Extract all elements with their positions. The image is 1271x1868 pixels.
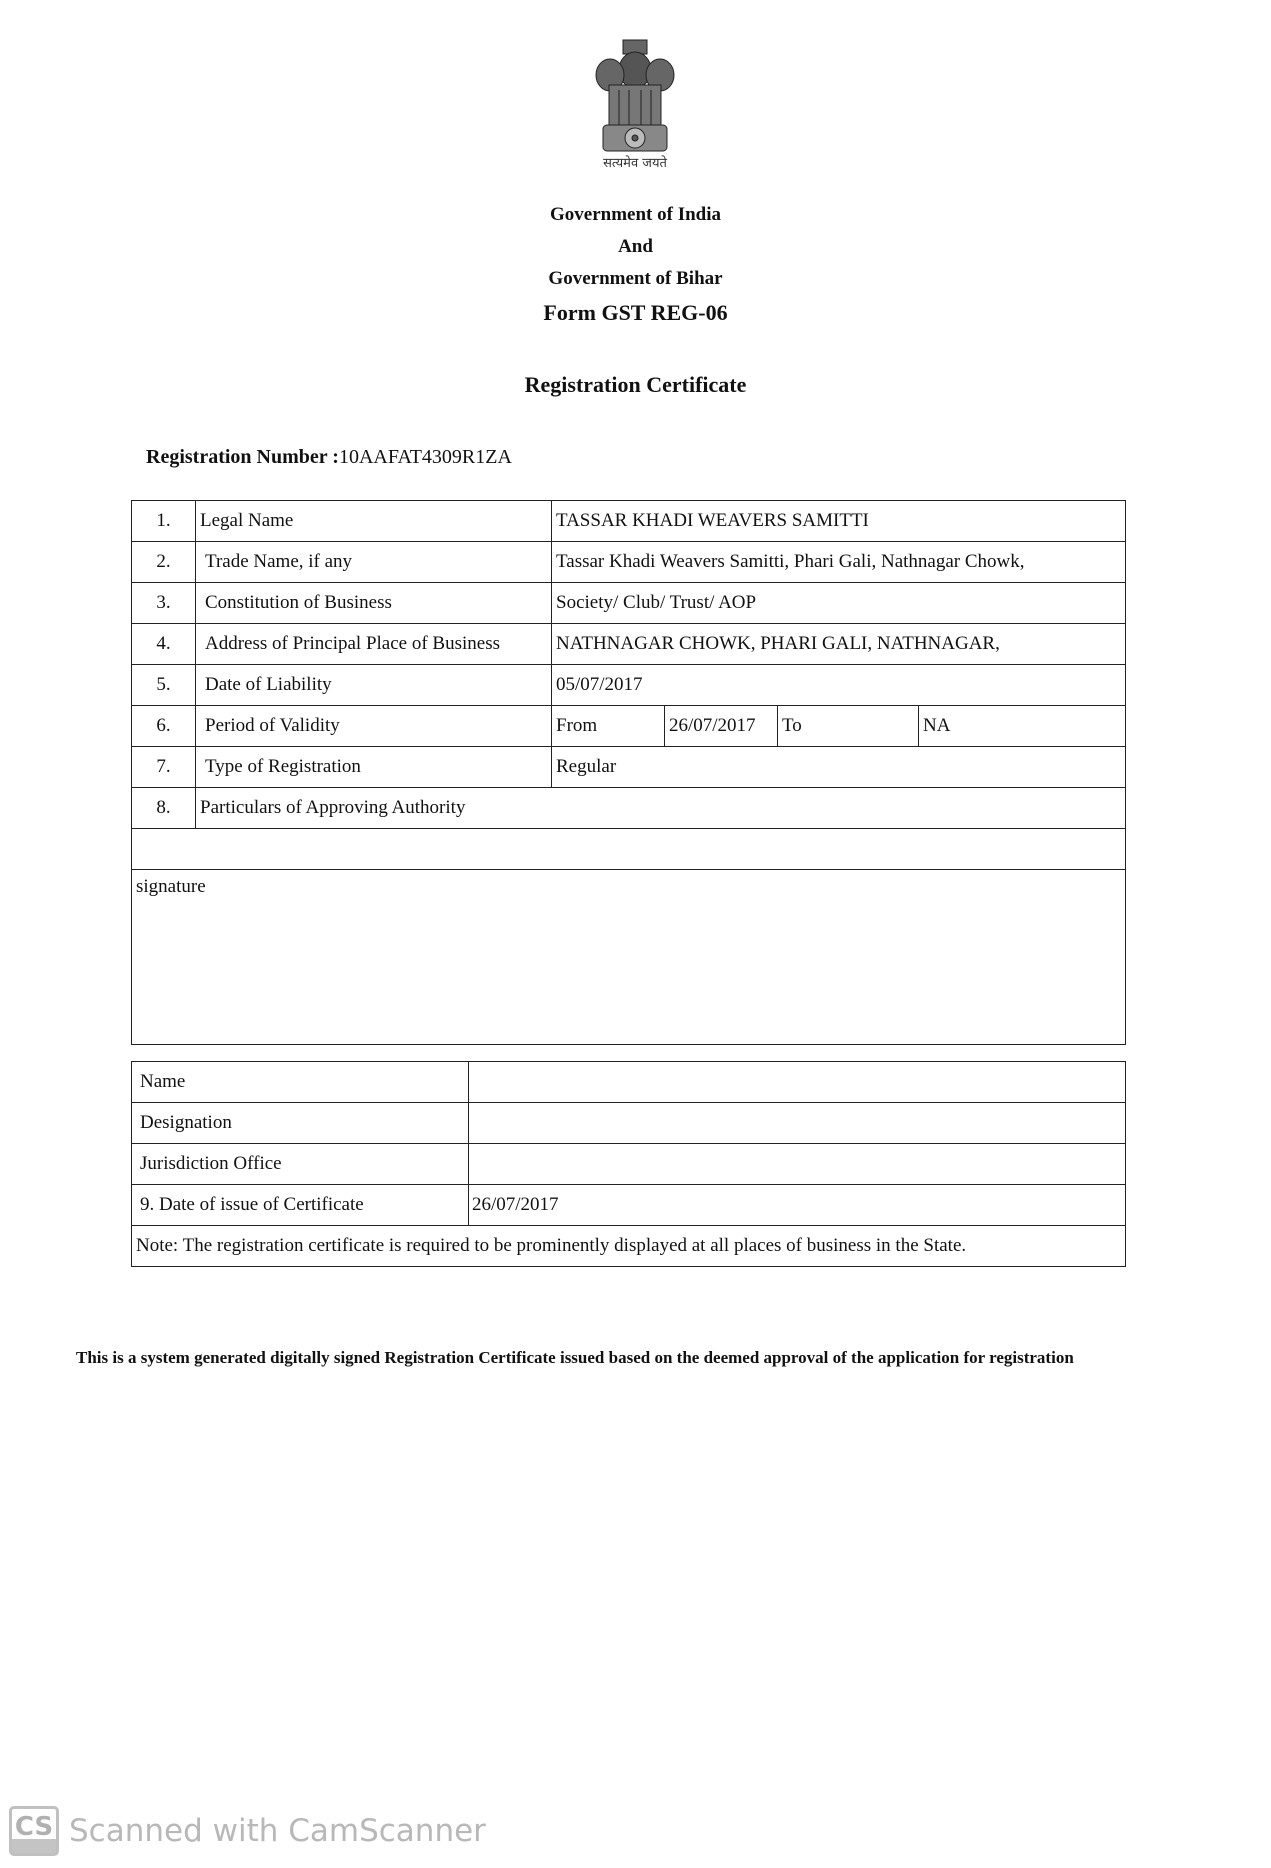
registration-number-label: Registration Number : [146, 446, 339, 468]
trade-name-value: Tassar Khadi Weavers Samitti, Phari Gali… [552, 542, 1126, 583]
emblem-motto: सत्यमेव जयते [560, 153, 710, 171]
name-value [469, 1062, 1126, 1103]
issue-date-value: 26/07/2017 [469, 1185, 1126, 1226]
registration-type-value: Regular [552, 747, 1126, 788]
jurisdiction-label: Jurisdiction Office [132, 1144, 469, 1185]
row-number: 3. [132, 583, 196, 624]
date-of-liability-value: 05/07/2017 [552, 665, 1126, 706]
validity-to-value: NA [919, 706, 1126, 747]
state-emblem-icon [585, 30, 685, 170]
designation-value [469, 1103, 1126, 1144]
camscanner-text: Scanned with CamScanner [69, 1813, 486, 1849]
header-line-and: And [0, 236, 1271, 258]
row-label: Legal Name [196, 501, 552, 542]
header-line-government-of-india: Government of India [0, 204, 1271, 226]
form-title: Form GST REG-06 [0, 300, 1271, 326]
row-label: Date of Liability [196, 665, 552, 706]
registration-number-value: 10AAFAT4309R1ZA [339, 446, 512, 468]
table-row: 2. Trade Name, if any Tassar Khadi Weave… [132, 542, 1126, 583]
name-label: Name [132, 1062, 469, 1103]
constitution-value: Society/ Club/ Trust/ AOP [552, 583, 1126, 624]
row-number: 8. [132, 788, 196, 829]
row-label: Trade Name, if any [196, 542, 552, 583]
issue-date-label: 9. Date of issue of Certificate [132, 1185, 469, 1226]
certificate-title: Registration Certificate [0, 372, 1271, 398]
header-line-government-of-bihar: Government of Bihar [0, 268, 1271, 290]
row-number: 2. [132, 542, 196, 583]
validity-from-value: 26/07/2017 [665, 706, 778, 747]
signature-row: signature [132, 870, 1126, 1045]
table-row: Designation [132, 1103, 1126, 1144]
table-row: Jurisdiction Office [132, 1144, 1126, 1185]
row-label: Period of Validity [196, 706, 552, 747]
blank-cell [132, 829, 1126, 870]
validity-to-label: To [778, 706, 919, 747]
row-label: Type of Registration [196, 747, 552, 788]
table-row: 5. Date of Liability 05/07/2017 [132, 665, 1126, 706]
camscanner-logo-icon: CS [9, 1806, 59, 1856]
jurisdiction-value [469, 1144, 1126, 1185]
table-row: 3. Constitution of Business Society/ Clu… [132, 583, 1126, 624]
note-text: Note: The registration certificate is re… [132, 1226, 1126, 1267]
legal-name-value: TASSAR KHADI WEAVERS SAMITTI [552, 501, 1126, 542]
table-row: 7. Type of Registration Regular [132, 747, 1126, 788]
validity-from-label: From [552, 706, 665, 747]
table-row: Name [132, 1062, 1126, 1103]
address-value: NATHNAGAR CHOWK, PHARI GALI, NATHNAGAR, [552, 624, 1126, 665]
row-number: 4. [132, 624, 196, 665]
table-row: 4. Address of Principal Place of Busines… [132, 624, 1126, 665]
table-row: 9. Date of issue of Certificate 26/07/20… [132, 1185, 1126, 1226]
authority-table: Name Designation Jurisdiction Office 9. … [131, 1061, 1126, 1267]
row-number: 1. [132, 501, 196, 542]
row-number: 7. [132, 747, 196, 788]
blank-row [132, 829, 1126, 870]
row-label: Particulars of Approving Authority [196, 788, 1126, 829]
table-row: 8. Particulars of Approving Authority [132, 788, 1126, 829]
registration-number: Registration Number :10AAFAT4309R1ZA [146, 446, 512, 469]
table-row: 6. Period of Validity From 26/07/2017 To… [132, 706, 1126, 747]
details-table: 1. Legal Name TASSAR KHADI WEAVERS SAMIT… [131, 500, 1126, 1045]
camscanner-watermark: CS Scanned with CamScanner [9, 1806, 486, 1856]
table-row: 1. Legal Name TASSAR KHADI WEAVERS SAMIT… [132, 501, 1126, 542]
row-number: 5. [132, 665, 196, 706]
signature-label: signature [132, 870, 1126, 1045]
system-generated-note: This is a system generated digitally sig… [76, 1344, 1136, 1372]
row-label: Address of Principal Place of Business [196, 624, 552, 665]
row-label: Constitution of Business [196, 583, 552, 624]
designation-label: Designation [132, 1103, 469, 1144]
row-number: 6. [132, 706, 196, 747]
note-row: Note: The registration certificate is re… [132, 1226, 1126, 1267]
